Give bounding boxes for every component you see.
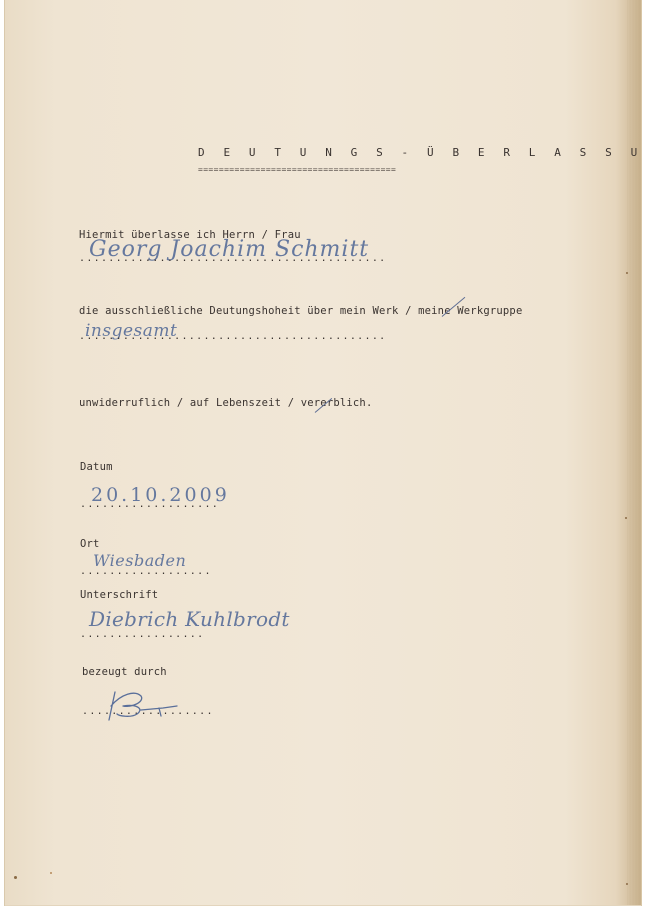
paper-speck bbox=[50, 872, 52, 874]
place-label: Ort bbox=[80, 538, 100, 550]
witness-signature-scribble bbox=[101, 684, 191, 724]
signature-handwritten: Diebrich Kuhlbrodt bbox=[89, 607, 290, 631]
document-page: D E U T U N G S - Ü B E R L A S S U N G … bbox=[5, 0, 641, 906]
title-underline: ====================================== bbox=[198, 165, 396, 174]
date-label: Datum bbox=[80, 461, 113, 473]
scope-dotted-line: ........................................… bbox=[79, 331, 386, 342]
document-title: D E U T U N G S - Ü B E R L A S S U N G bbox=[198, 146, 646, 159]
date-dotted-line: ................... bbox=[80, 499, 219, 510]
signature-label: Unterschrift bbox=[80, 589, 158, 601]
signature-dotted-line: ................. bbox=[80, 629, 204, 640]
paper-speck bbox=[626, 272, 628, 274]
paper-speck bbox=[625, 517, 627, 519]
scope-label: die ausschließliche Deutungshoheit über … bbox=[79, 305, 522, 317]
recipient-dotted-line: ........................................… bbox=[79, 253, 386, 264]
paper-speck bbox=[14, 876, 17, 879]
paper-speck bbox=[626, 883, 628, 885]
place-dotted-line: .................. bbox=[80, 566, 212, 577]
witness-label: bezeugt durch bbox=[82, 666, 167, 678]
